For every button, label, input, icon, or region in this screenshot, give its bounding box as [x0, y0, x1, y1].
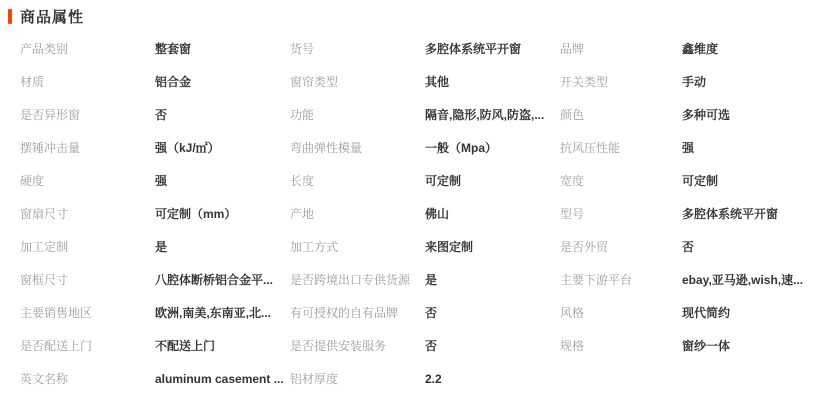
attr-label: 颜色	[560, 106, 682, 123]
page-title: 商品属性	[20, 6, 84, 27]
attr-label: 货号	[290, 40, 425, 57]
attr-value: 现代简约	[682, 304, 816, 321]
attr-value: 可定制	[425, 172, 560, 189]
attr-value: aluminum casement ...	[155, 372, 290, 386]
attr-label: 主要下游平台	[560, 271, 682, 288]
attr-value: 是	[425, 271, 560, 288]
attr-value: ebay,亚马逊,wish,速...	[682, 271, 816, 288]
attr-value: 其他	[425, 73, 560, 90]
table-row: 加工定制 是 加工方式 来图定制 是否外贸 否	[0, 230, 816, 263]
product-attributes-table: 产品类别 整套窗 货号 多腔体系统平开窗 品牌 鑫维度 材质 铝合金 窗帘类型 …	[0, 32, 816, 395]
attr-label: 加工定制	[20, 238, 155, 255]
attr-value: 铝合金	[155, 73, 290, 90]
attr-label: 宽度	[560, 172, 682, 189]
attr-value: 鑫维度	[682, 40, 816, 57]
attr-label: 弯曲弹性模量	[290, 139, 425, 156]
attr-label: 长度	[290, 172, 425, 189]
section-header: 商品属性	[0, 0, 816, 32]
attr-value: 多腔体系统平开窗	[682, 205, 816, 222]
table-row: 英文名称 aluminum casement ... 铝材厚度 2.2	[0, 362, 816, 395]
attr-label: 是否跨境出口专供货源	[290, 271, 425, 288]
attr-label: 型号	[560, 205, 682, 222]
attr-label: 功能	[290, 106, 425, 123]
attr-value: 欧洲,南美,东南亚,北...	[155, 304, 290, 321]
attr-value: 窗纱一体	[682, 337, 816, 354]
attr-value: 可定制（mm）	[155, 205, 290, 222]
attr-label: 规格	[560, 337, 682, 354]
attr-value: 隔音,隐形,防风,防盗,...	[425, 106, 560, 123]
attr-value: 手动	[682, 73, 816, 90]
attr-label: 抗风压性能	[560, 139, 682, 156]
attr-label: 铝材厚度	[290, 370, 425, 387]
table-row: 是否配送上门 不配送上门 是否提供安装服务 否 规格 窗纱一体	[0, 329, 816, 362]
attr-label: 风格	[560, 304, 682, 321]
attr-label: 英文名称	[20, 370, 155, 387]
attr-label: 硬度	[20, 172, 155, 189]
attr-label: 品牌	[560, 40, 682, 57]
attr-value: 可定制	[682, 172, 816, 189]
attr-label: 窗框尺寸	[20, 271, 155, 288]
table-row: 窗扇尺寸 可定制（mm） 产地 佛山 型号 多腔体系统平开窗	[0, 197, 816, 230]
attr-label: 是否提供安装服务	[290, 337, 425, 354]
table-row: 硬度 强 长度 可定制 宽度 可定制	[0, 164, 816, 197]
attr-value: 强	[155, 172, 290, 189]
attr-label: 窗帘类型	[290, 73, 425, 90]
table-row: 是否异形窗 否 功能 隔音,隐形,防风,防盗,... 颜色 多种可选	[0, 98, 816, 131]
table-row: 材质 铝合金 窗帘类型 其他 开关类型 手动	[0, 65, 816, 98]
attr-value: 否	[425, 304, 560, 321]
attr-label: 材质	[20, 73, 155, 90]
attr-label: 有可授权的自有品牌	[290, 304, 425, 321]
attr-value: 一般（Mpa）	[425, 139, 560, 156]
title-accent-bar	[8, 9, 12, 24]
attr-value: 不配送上门	[155, 337, 290, 354]
attr-value: 佛山	[425, 205, 560, 222]
attr-value: 多种可选	[682, 106, 816, 123]
attr-label: 主要销售地区	[20, 304, 155, 321]
attr-value: 2.2	[425, 372, 560, 386]
attr-value: 多腔体系统平开窗	[425, 40, 560, 57]
attr-label: 是否异形窗	[20, 106, 155, 123]
attr-label: 是否外贸	[560, 238, 682, 255]
table-row: 窗框尺寸 八腔体断桥铝合金平... 是否跨境出口专供货源 是 主要下游平台 eb…	[0, 263, 816, 296]
attr-value: 整套窗	[155, 40, 290, 57]
attr-value: 强（kJ/㎡）	[155, 139, 290, 156]
attr-label: 窗扇尺寸	[20, 205, 155, 222]
attr-label: 摆锤冲击量	[20, 139, 155, 156]
attr-value: 八腔体断桥铝合金平...	[155, 271, 290, 288]
table-row: 产品类别 整套窗 货号 多腔体系统平开窗 品牌 鑫维度	[0, 32, 816, 65]
attr-value: 是	[155, 238, 290, 255]
attr-label: 是否配送上门	[20, 337, 155, 354]
attr-label: 开关类型	[560, 73, 682, 90]
attr-label: 产品类别	[20, 40, 155, 57]
attr-value: 强	[682, 139, 816, 156]
attr-value: 否	[425, 337, 560, 354]
table-row: 摆锤冲击量 强（kJ/㎡） 弯曲弹性模量 一般（Mpa） 抗风压性能 强	[0, 131, 816, 164]
attr-value: 来图定制	[425, 238, 560, 255]
attr-label: 加工方式	[290, 238, 425, 255]
attr-value: 否	[155, 106, 290, 123]
attr-value: 否	[682, 238, 816, 255]
table-row: 主要销售地区 欧洲,南美,东南亚,北... 有可授权的自有品牌 否 风格 现代简…	[0, 296, 816, 329]
attr-label: 产地	[290, 205, 425, 222]
